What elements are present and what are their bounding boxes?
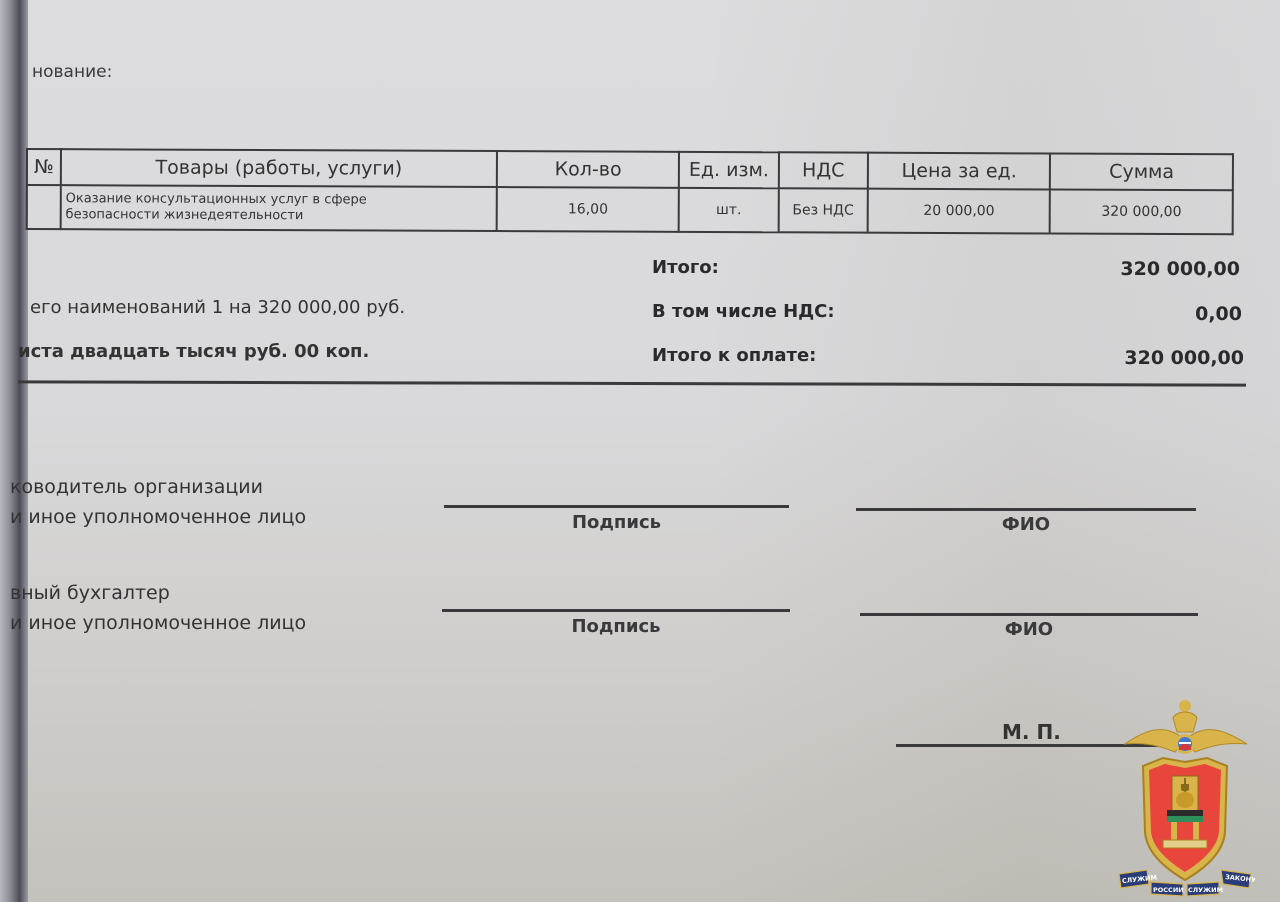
- row-description-line2: безопасности жизнедеятельности: [66, 207, 495, 225]
- page-binding-edge: [0, 0, 28, 902]
- row-description-line1: Оказание консультационных услуг в сфере: [66, 191, 495, 209]
- signatory-role-2-line1: вный бухгалтер: [10, 578, 306, 608]
- vat-value: 0,00: [1042, 303, 1242, 325]
- signatory-role-1: ководитель организации и иное уполномоче…: [10, 472, 306, 532]
- row-unit: шт.: [679, 188, 779, 232]
- items-count-text: его наименований 1 на 320 000,00 руб.: [30, 297, 405, 318]
- table-header-row: № Товары (работы, услуги) Кол-во Ед. изм…: [27, 149, 1233, 190]
- paper-shading: [0, 0, 1280, 902]
- signature-line-1[interactable]: [444, 505, 789, 508]
- signatory-role-2-line2: и иное уполномоченное лицо: [10, 608, 306, 638]
- row-sum: 320 000,00: [1050, 189, 1233, 234]
- table-row: 1 Оказание консультационных услуг в сфер…: [27, 185, 1233, 234]
- payable-value: 320 000,00: [1044, 347, 1244, 369]
- row-qty: 16,00: [497, 187, 679, 232]
- name-caption-1: ФИО: [856, 514, 1196, 535]
- signature-line-2[interactable]: [442, 609, 790, 612]
- signature-caption-1: Подпись: [444, 512, 789, 533]
- header-fragment: нование:: [32, 62, 112, 82]
- row-vat: Без НДС: [778, 188, 868, 232]
- col-vat: НДС: [778, 152, 868, 188]
- col-number: №: [27, 149, 61, 185]
- signatory-role-1-line1: ководитель организации: [10, 472, 306, 502]
- totals-divider: [18, 380, 1246, 386]
- col-qty: Кол-во: [497, 151, 679, 188]
- col-goods: Товары (работы, услуги): [61, 149, 497, 187]
- signatory-role-1-line2: и иное уполномоченное лицо: [10, 502, 306, 532]
- signatory-role-2: вный бухгалтер и иное уполномоченное лиц…: [10, 578, 306, 638]
- total-label: Итого:: [652, 257, 719, 278]
- row-price: 20 000,00: [868, 189, 1051, 234]
- row-number: 1: [27, 185, 61, 229]
- amount-in-words: иста двадцать тысяч руб. 00 коп.: [18, 341, 369, 362]
- signature-caption-2: Подпись: [442, 616, 790, 637]
- row-description: Оказание консультационных услуг в сфере …: [61, 185, 497, 231]
- stamp-label: М. П.: [1002, 720, 1061, 744]
- total-value: 320 000,00: [1040, 258, 1240, 280]
- col-unit: Ед. изм.: [679, 152, 778, 188]
- col-sum: Сумма: [1050, 153, 1233, 190]
- name-caption-2: ФИО: [860, 619, 1198, 640]
- vat-label: В том числе НДС:: [652, 301, 835, 322]
- svg-text:СЛУЖИМ: СЛУЖИМ: [1188, 886, 1223, 894]
- payable-label: Итого к оплате:: [652, 345, 816, 366]
- col-price: Цена за ед.: [868, 153, 1050, 190]
- svg-text:РОССИИ: РОССИИ: [1153, 886, 1184, 894]
- goods-table: № Товары (работы, услуги) Кол-во Ед. изм…: [26, 148, 1234, 235]
- name-line-2[interactable]: [860, 613, 1198, 616]
- name-line-1[interactable]: [856, 508, 1196, 511]
- police-emblem-icon: СЛУЖИМ РОССИИ СЛУЖИМ ЗАКОНУ: [1115, 692, 1255, 898]
